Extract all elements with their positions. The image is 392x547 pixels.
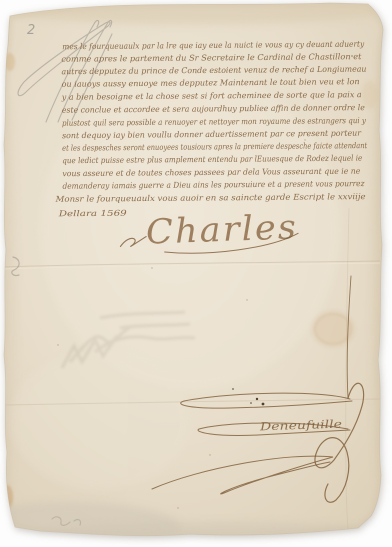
photograph-of-manuscript-letter: 2 mes le fourqueuaulx par la lre que iay… <box>0 0 392 547</box>
signature-charles: Charles <box>145 207 298 252</box>
manuscript-dateline: Dellara 1569 <box>57 209 126 219</box>
letter-canvas: 2 mes le fourqueuaulx par la lre que iay… <box>0 0 392 547</box>
pencil-folio-number: 2 <box>27 23 35 38</box>
pencil-tick <box>8 6 11 15</box>
